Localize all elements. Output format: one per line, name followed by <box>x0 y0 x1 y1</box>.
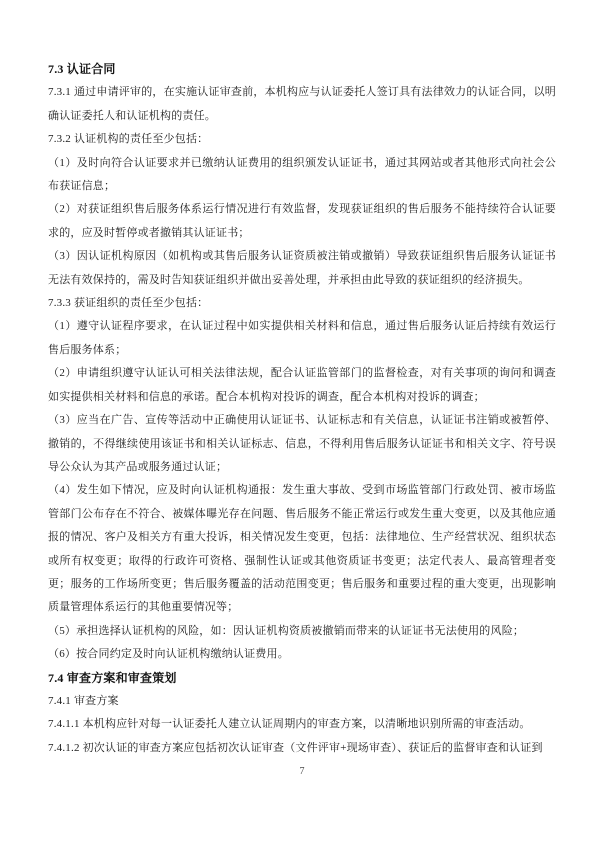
paragraph-7-3-1: 7.3.1 通过申请评审的，在实施认证审查前，本机构应与认证委托人签订具有法律效… <box>48 81 556 128</box>
paragraph-7-3-3-item-1: （1）遵守认证程序要求，在认证过程中如实提供相关材料和信息，通过售后服务认证后持… <box>48 315 556 362</box>
paragraph-7-4-1: 7.4.1 审查方案 <box>48 690 556 713</box>
paragraph-7-3-3-item-4: （4）发生如下情况，应及时向认证机构通报：发生重大事故、受到市场监管部门行政处罚… <box>48 479 556 619</box>
paragraph-7-4-1-2: 7.4.1.2 初次认证的审查方案应包括初次认证审查（文件评审+现场审查）、获证… <box>48 737 556 760</box>
section-heading-7-4: 7.4 审查方案和审查策划 <box>48 667 556 690</box>
paragraph-7-3-2: 7.3.2 认证机构的责任至少包括： <box>48 128 556 151</box>
paragraph-7-3-3-item-6: （6）按合同约定及时向认证机构缴纳认证费用。 <box>48 643 556 666</box>
document-page: 7.3 认证合同 7.3.1 通过申请评审的，在实施认证审查前，本机构应与认证委… <box>0 0 600 848</box>
paragraph-7-3-2-item-1: （1）及时向符合认证要求并已缴纳认证费用的组织颁发认证证书，通过其网站或者其他形… <box>48 152 556 199</box>
paragraph-7-4-1-1: 7.4.1.1 本机构应针对每一认证委托人建立认证周期内的审查方案，以清晰地识别… <box>48 713 556 736</box>
paragraph-7-3-3-item-5: （5）承担选择认证机构的风险，如：因认证机构资质被撤销而带来的认证证书无法使用的… <box>48 620 556 643</box>
paragraph-7-3-2-item-2: （2）对获证组织售后服务体系运行情况进行有效监督，发现获证组织的售后服务不能持续… <box>48 198 556 245</box>
paragraph-7-3-3-item-2: （2）申请组织遵守认证认可相关法律法规，配合认证监管部门的监督检查，对有关事项的… <box>48 362 556 409</box>
section-heading-7-3: 7.3 认证合同 <box>48 58 556 81</box>
page-number: 7 <box>48 762 556 782</box>
paragraph-7-3-3: 7.3.3 获证组织的责任至少包括： <box>48 292 556 315</box>
paragraph-7-3-3-item-3: （3）应当在广告、宣传等活动中正确使用认证证书、认证标志和有关信息，认证证书注销… <box>48 409 556 479</box>
paragraph-7-3-2-item-3: （3）因认证机构原因（如机构或其售后服务认证资质被注销或撤销）导致获证组织售后服… <box>48 245 556 292</box>
